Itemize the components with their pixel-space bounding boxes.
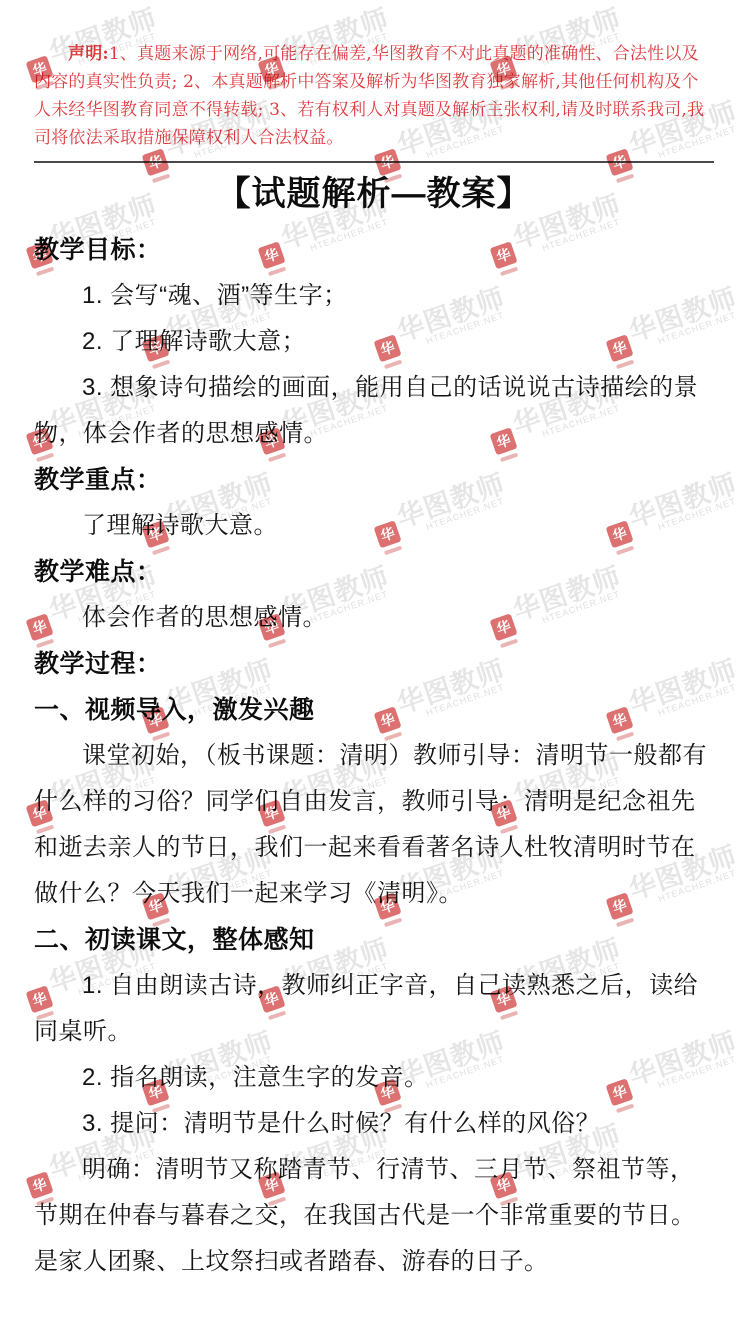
section-heading: 教学目标： [34, 227, 714, 273]
step-heading: 二、初读课文，整体感知 [34, 917, 714, 963]
section-heading: 教学重点： [34, 457, 714, 503]
doc-paragraph: 明确：清明节又称踏青节、行清节、三月节、祭祖节等，节期在仲春与暮春之交，在我国古… [34, 1147, 714, 1285]
doc-paragraph: 1. 自由朗读古诗，教师纠正字音，自己读熟悉之后，读给同桌听。 [34, 963, 714, 1055]
doc-paragraph: 2. 指名朗读，注意生字的发音。 [34, 1055, 714, 1101]
doc-paragraph: 体会作者的思想感情。 [34, 595, 714, 641]
disclaimer-text: 1、真题来源于网络,可能存在偏差,华图教育不对此真题的准确性、合法性以及内容的真… [34, 44, 704, 148]
doc-paragraph: 3. 想象诗句描绘的画面，能用自己的话说说古诗描绘的景物，体会作者的思想感情。 [34, 365, 714, 457]
lesson-plan-body: 教学目标： 1. 会写“魂、酒”等生字； 2. 了理解诗歌大意； 3. 想象诗句… [34, 227, 714, 1285]
document-page: 华华图教师HTEACHER.NET华华图教师HTEACHER.NET华华图教师H… [0, 0, 748, 1335]
doc-paragraph: 3. 提问：清明节是什么时候？有什么样的风俗？ [34, 1101, 714, 1147]
document-content: 声明:1、真题来源于网络,可能存在偏差,华图教育不对此真题的准确性、合法性以及内… [0, 0, 748, 1285]
disclaimer: 声明:1、真题来源于网络,可能存在偏差,华图教育不对此真题的准确性、合法性以及内… [34, 40, 714, 152]
section-heading: 教学难点： [34, 549, 714, 595]
section-heading: 教学过程： [34, 641, 714, 687]
doc-paragraph: 1. 会写“魂、酒”等生字； [34, 273, 714, 319]
disclaimer-label: 声明: [68, 44, 109, 64]
doc-paragraph: 2. 了理解诗歌大意； [34, 319, 714, 365]
doc-paragraph: 课堂初始，（板书课题：清明）教师引导：清明节一般都有什么样的习俗？同学们自由发言… [34, 733, 714, 917]
doc-paragraph: 了理解诗歌大意。 [34, 503, 714, 549]
divider-line [34, 161, 714, 163]
page-title: 【试题解析—教案】 [34, 168, 714, 220]
step-heading: 一、视频导入，激发兴趣 [34, 687, 714, 733]
